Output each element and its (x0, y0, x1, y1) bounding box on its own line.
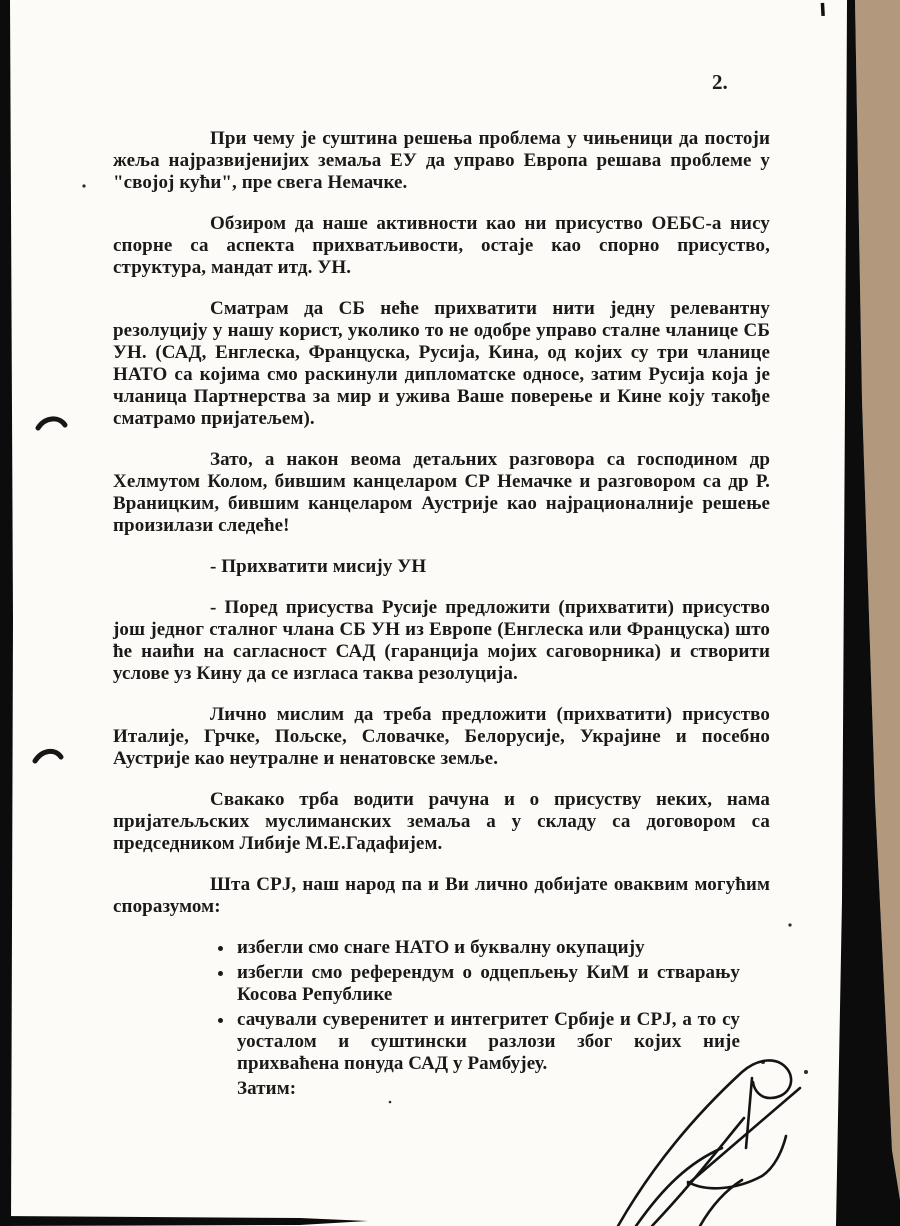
bullet-item: избегли смо снаге НАТО и буквалну окупац… (235, 937, 740, 959)
page-number: 2. (712, 70, 728, 95)
bullet-item: избегли смо референдум о одцепљењу КиМ и… (235, 962, 740, 1006)
paragraph-7: Лично мислим да треба предложити (прихва… (113, 704, 770, 770)
document-body: При чему је суштина решења проблема у чи… (113, 128, 770, 1100)
dash-item-2: - Поред присуства Русије предложити (при… (113, 597, 770, 685)
closing-line: Затим: (237, 1078, 770, 1100)
paragraph-2: Обзиром да наше активности као ни присус… (113, 213, 770, 279)
paragraph-8: Свакако трба водити рачуна и о присуству… (113, 789, 770, 855)
paragraph-1: При чему је суштина решења проблема у чи… (113, 128, 770, 194)
paragraph-3: Сматрам да СБ неће прихватити нити једну… (113, 298, 770, 430)
paragraph-4: Зато, а након веома детаљних разговора с… (113, 449, 770, 537)
dash-item-1: - Прихватити мисију УН (113, 556, 770, 578)
bullet-list: избегли смо снаге НАТО и буквалну окупац… (113, 937, 770, 1075)
bullet-item: сачували суверенитет и интегритет Србије… (235, 1009, 740, 1075)
paragraph-9: Шта СРЈ, наш народ па и Ви лично добијат… (113, 874, 770, 918)
